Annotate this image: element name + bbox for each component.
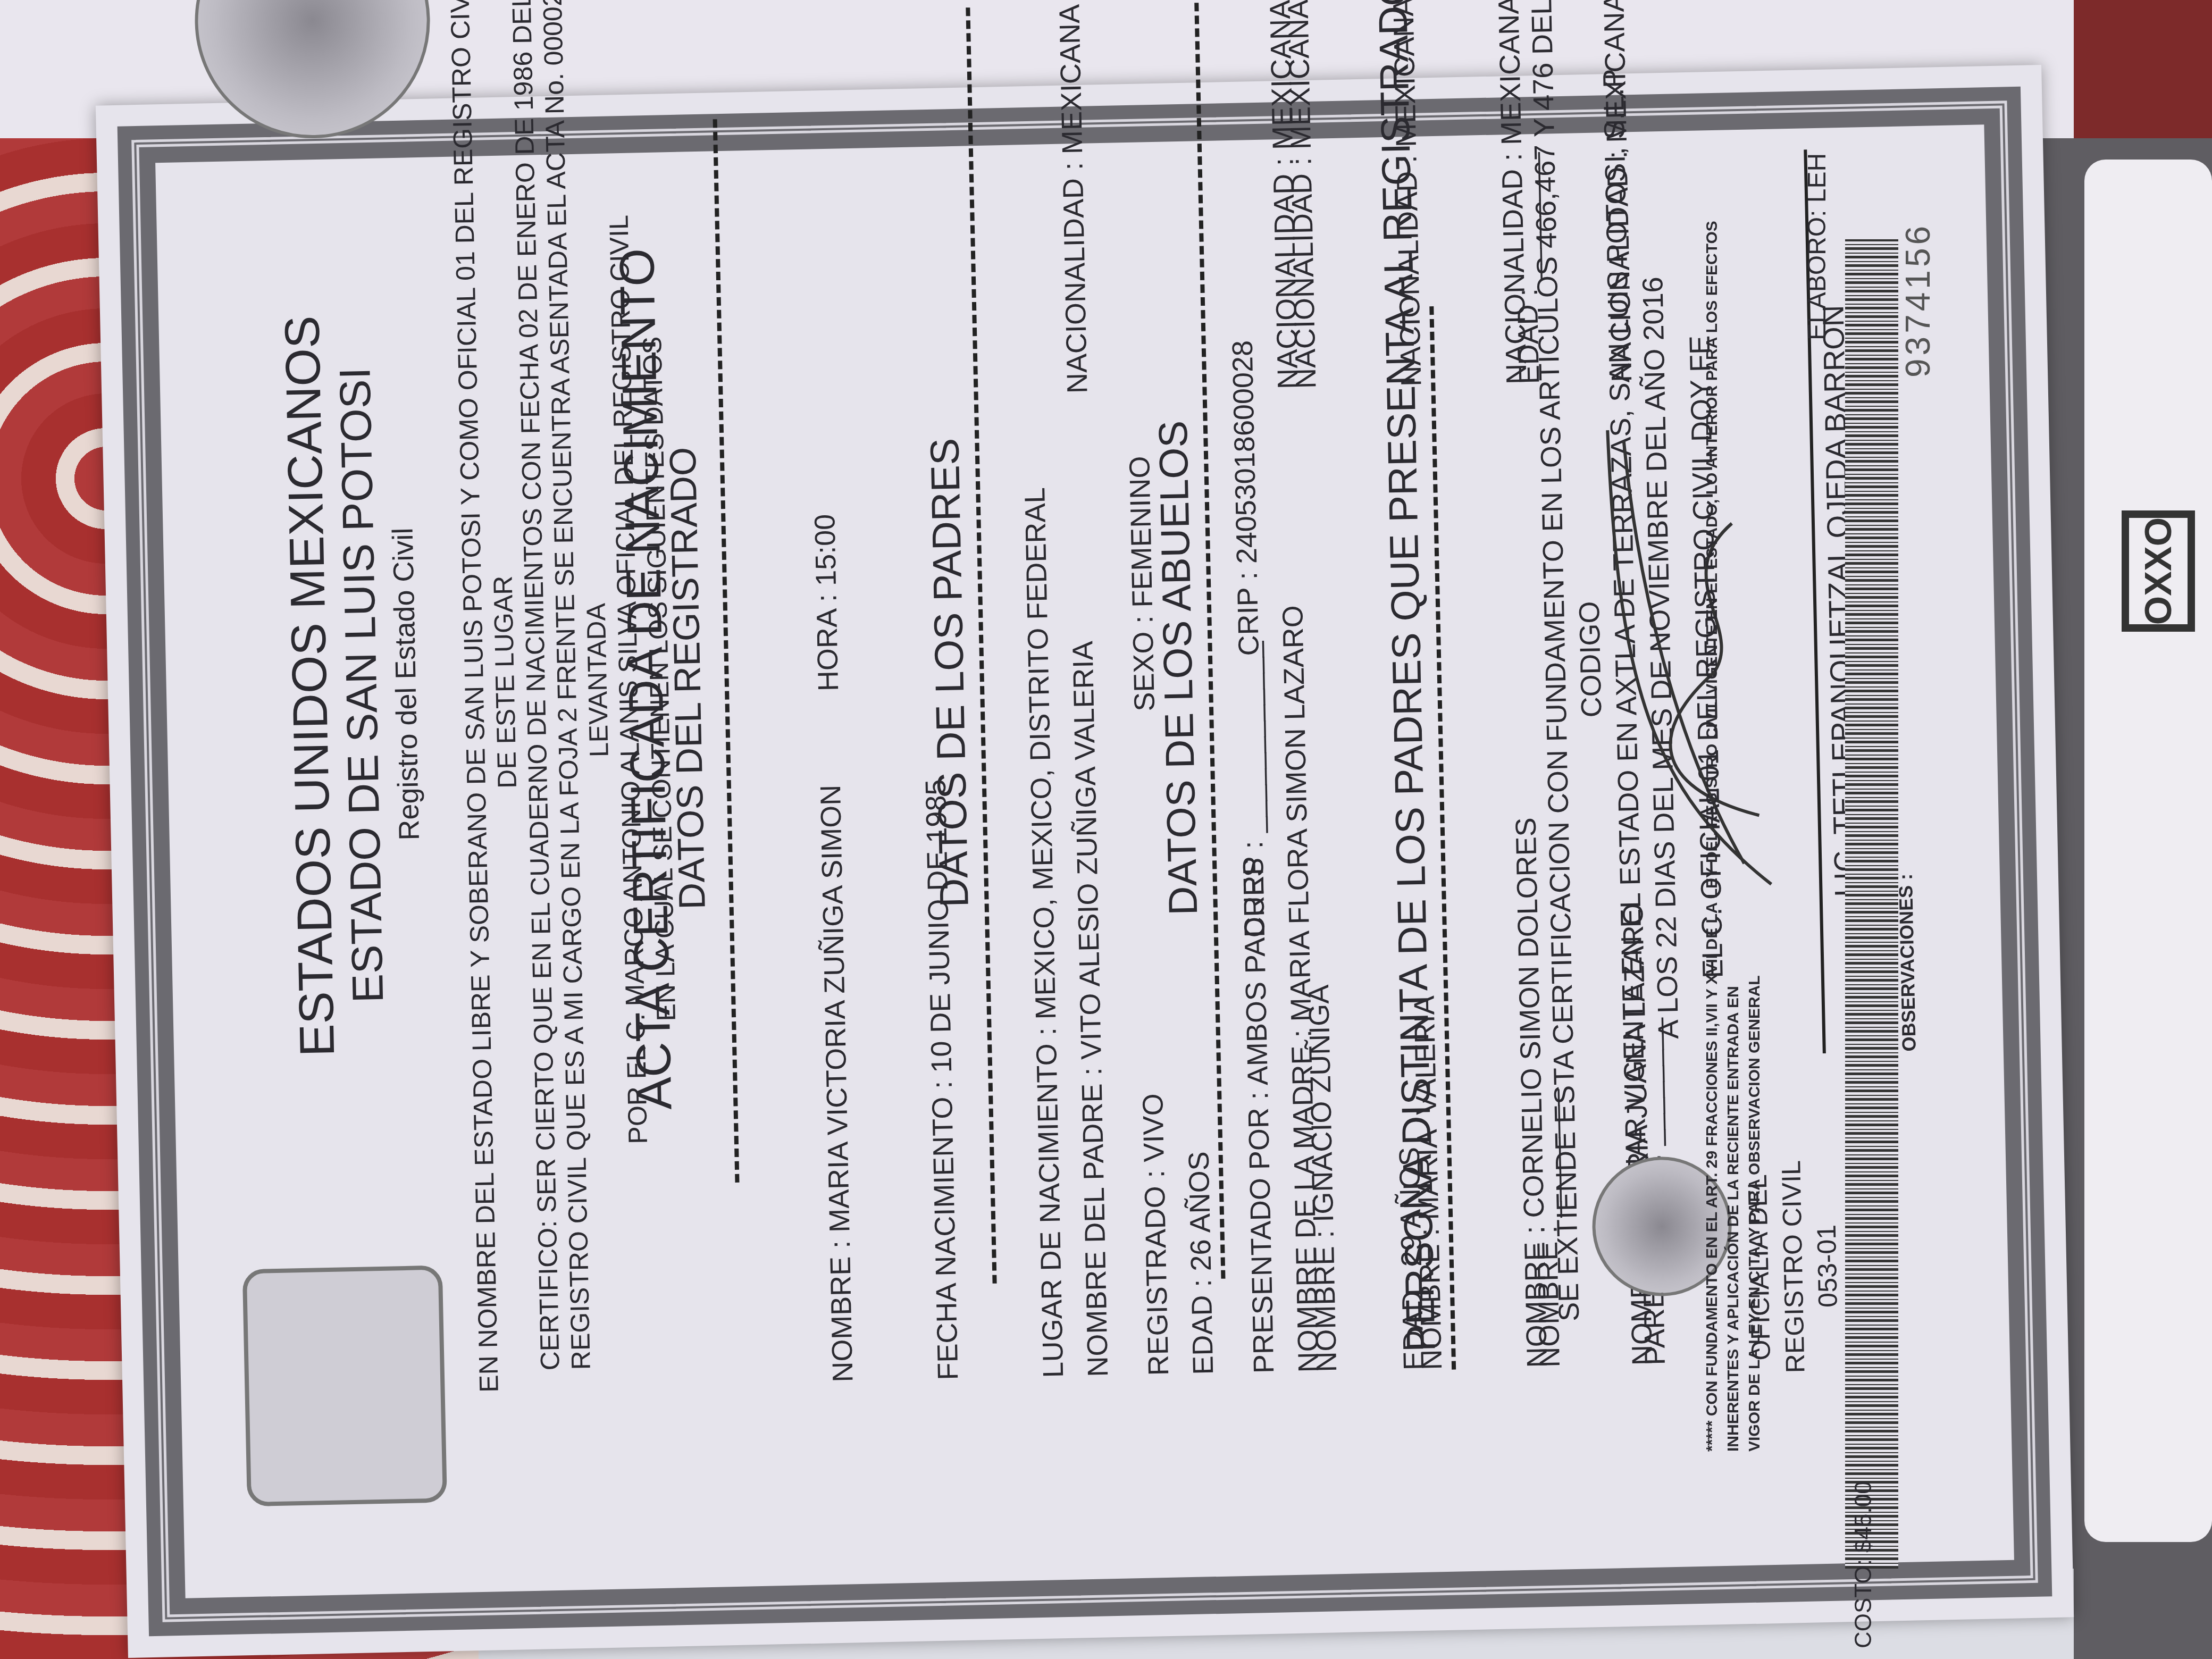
national-seal-icon bbox=[192, 0, 432, 141]
store-logo: OXXO bbox=[2122, 510, 2195, 632]
barcode bbox=[1845, 239, 1898, 1569]
folio-number: 9374156 bbox=[1898, 165, 1951, 378]
elaboro-label: ELABORO: LEH bbox=[1803, 170, 1845, 489]
background-card bbox=[2084, 160, 2212, 1542]
cost-label: COSTO: $45.00 bbox=[1850, 1489, 1888, 1648]
state-coat-of-arms-icon bbox=[242, 1265, 447, 1506]
document-header: ESTADOS UNIDOS MEXICANOS ESTADO DE SAN L… bbox=[275, 285, 433, 1085]
birth-certificate: ESTADOS UNIDOS MEXICANOS ESTADO DE SAN L… bbox=[96, 65, 2074, 1658]
divider bbox=[713, 119, 740, 1183]
observations-block: ***** CON FUNDAMENTO EN EL ART. 29 FRACC… bbox=[1702, 175, 1760, 1452]
